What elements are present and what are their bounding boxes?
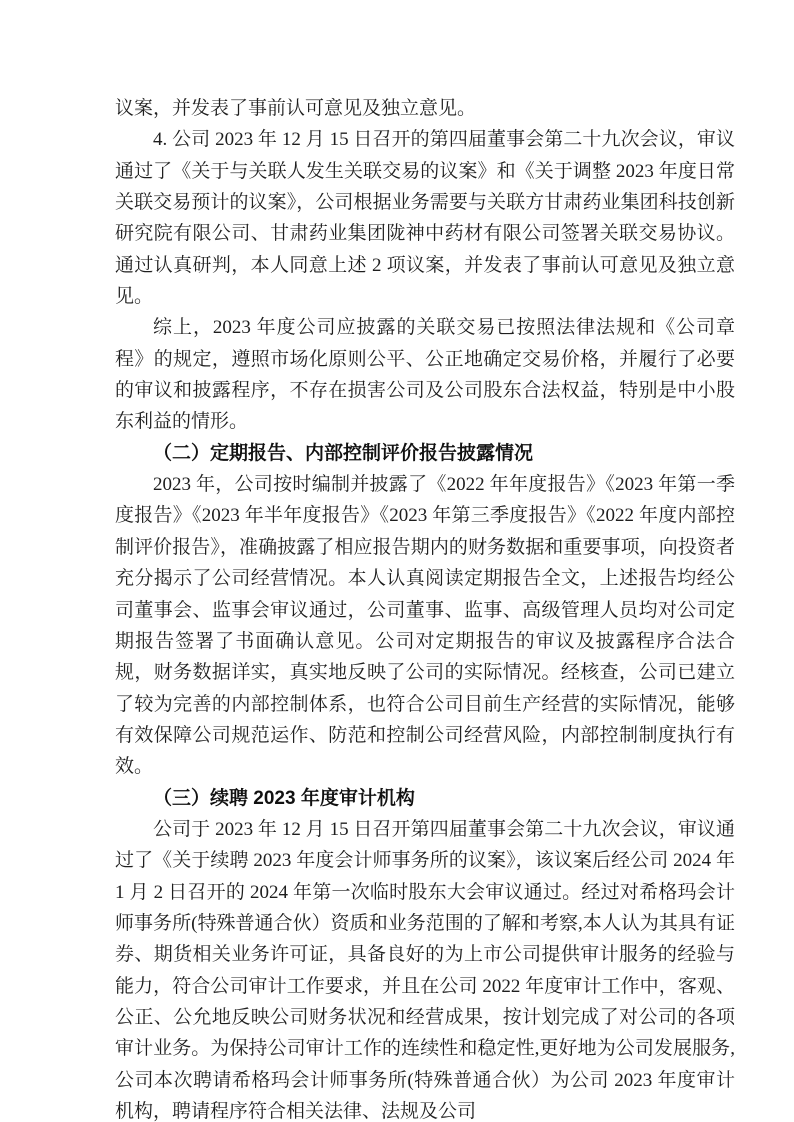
heading-periodic-reports: （二）定期报告、内部控制评价报告披露情况 [115,438,735,469]
paragraph-periodic-reports-detail: 2023 年，公司按时编制并披露了《2022 年年度报告》《2023 年第一季度… [115,469,735,782]
paragraph-continuation: 议案，并发表了事前认可意见及独立意见。 [115,93,735,124]
paragraph-related-transactions-summary: 综上，2023 年度公司应披露的关联交易已按照法律法规和《公司章程》的规定，遵照… [115,312,735,437]
paragraph-related-transactions-item4: 4. 公司 2023 年 12 月 15 日召开的第四届董事会第二十九次会议，审… [115,124,735,312]
paragraph-audit-institution-detail: 公司于 2023 年 12 月 15 日召开第四届董事会第二十九次会议，审议通过… [115,814,735,1122]
heading-audit-institution: （三）续聘 2023 年度审计机构 [115,783,735,814]
document-body: 议案，并发表了事前认可意见及独立意见。 4. 公司 2023 年 12 月 15… [115,93,735,1122]
document-page: 议案，并发表了事前认可意见及独立意见。 4. 公司 2023 年 12 月 15… [0,0,794,1122]
